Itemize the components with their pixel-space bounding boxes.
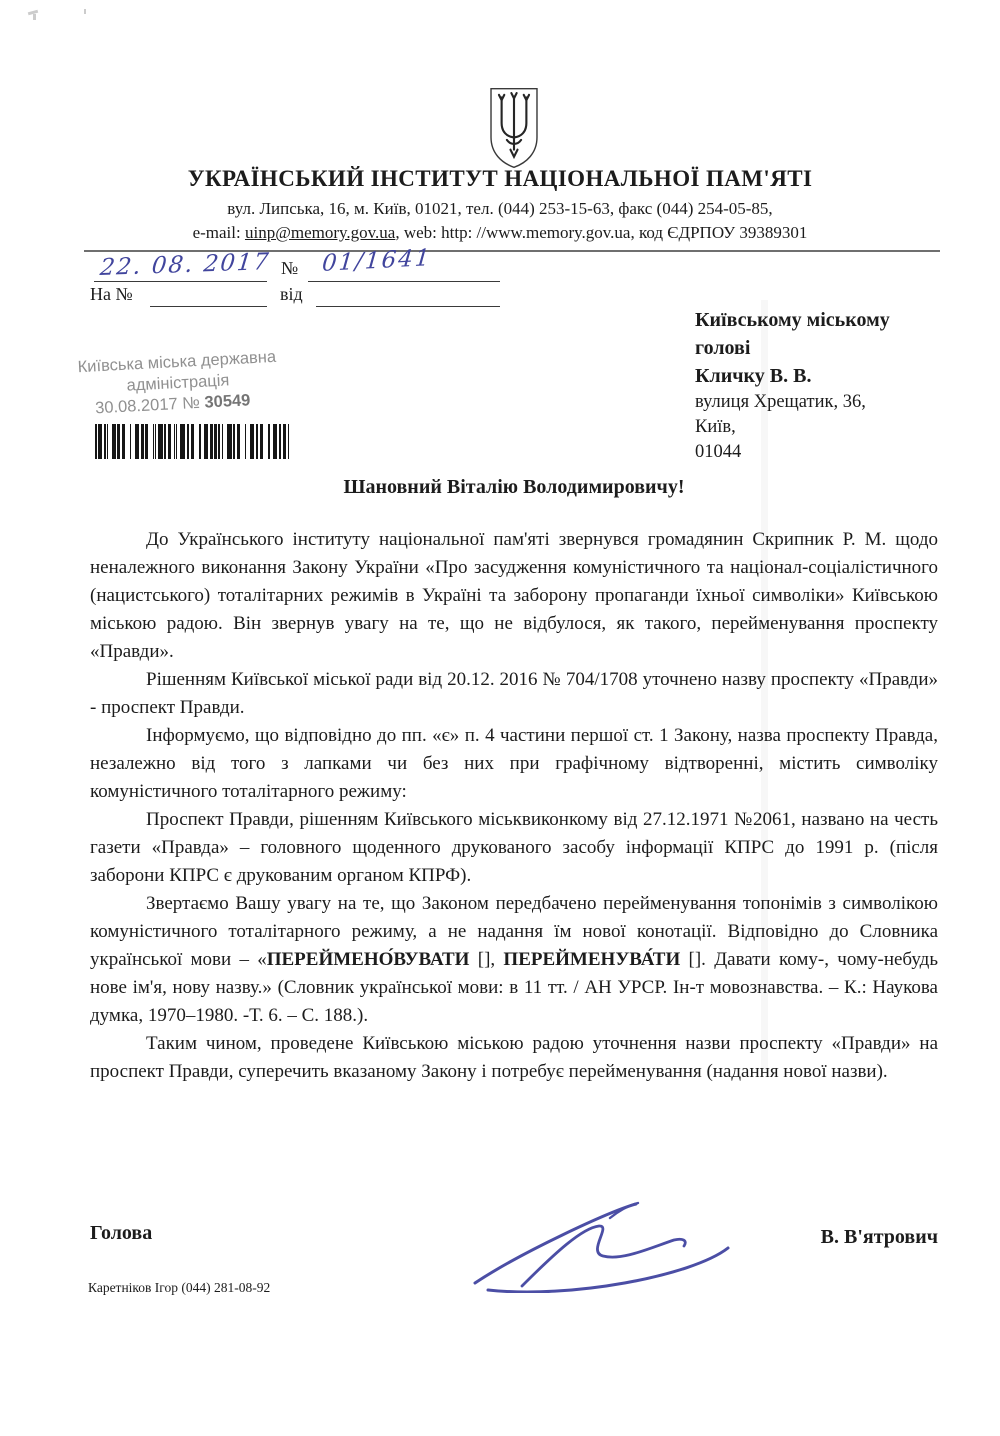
email-prefix: e-mail: [193,223,245,242]
recipient-street: вулиця Хрещатик, 36, [695,390,940,415]
dictionary-term: ПЕРЕЙМЕНУВА́ТИ [503,949,680,970]
number-label: № [281,258,298,279]
body-paragraph: До Українського інституту національної п… [90,526,938,666]
handwritten-outgoing-number: 01/1641 [321,245,433,277]
from-date-label: від [280,284,303,305]
recipient-block: Київському міському голові Кличку В. В. … [695,306,940,465]
number-underline [308,281,500,282]
handwritten-date: 22. 08. 2017 [99,249,272,281]
scanned-letter-page: УКРАЇНСЬКИЙ ІНСТИТУТ НАЦІОНАЛЬНОЇ ПАМ'ЯТ… [0,0,1000,1436]
email-address: uinp@memory.gov.ua [245,223,395,242]
recipient-line: Київському міському [695,306,940,334]
date-underline [94,281,267,282]
letter-body: До Українського інституту національної п… [90,526,938,1086]
body-paragraph: Таким чином, проведене Київською міською… [90,1030,938,1086]
stamp-registration-number: 30549 [204,391,251,411]
ukraine-trident-emblem-icon [486,86,542,170]
scan-mark [33,14,36,20]
web-and-code: , web: http: //www.memory.gov.ua, код ЄД… [395,223,807,242]
scan-mark [84,9,86,14]
signer-position: Голова [90,1222,152,1245]
body-paragraph: Інформуємо, що відповідно до пп. «є» п. … [90,722,938,806]
recipient-line: голові [695,334,940,362]
dictionary-term: ПЕРЕЙМЕНО́ВУВАТИ [267,949,470,970]
body-paragraph: Проспект Правди, рішенням Київського міс… [90,806,938,890]
recipient-postcode: 01044 [695,440,940,465]
recipient-city: Київ, [695,415,940,440]
salutation: Шановний Віталію Володимировичу! [90,476,938,499]
body-paragraph: Рішенням Київської міської ради від 20.1… [90,666,938,722]
organization-contacts: e-mail: uinp@memory.gov.ua, web: http: /… [0,223,1000,243]
barcode [95,424,291,459]
body-paragraph: Звертаємо Вашу увагу на те, що Законом п… [90,890,938,1030]
reply-to-label: На № [90,284,133,305]
registration-stamp: Київська міська державна адміністрація 3… [61,346,296,421]
organization-name: УКРАЇНСЬКИЙ ІНСТИТУТ НАЦІОНАЛЬНОЇ ПАМ'ЯТ… [0,166,1000,192]
signer-name: В. В'ятрович [690,1226,938,1249]
from-date-underline [316,306,500,307]
organization-address: вул. Липська, 16, м. Київ, 01021, тел. (… [0,199,1000,219]
reply-number-underline [150,306,267,307]
executor-contact: Каретніков Ігор (044) 281-08-92 [88,1280,270,1296]
recipient-name: Кличку В. В. [695,362,940,390]
